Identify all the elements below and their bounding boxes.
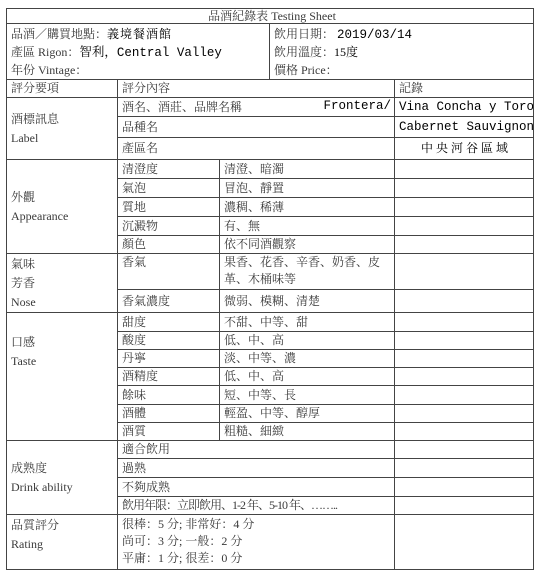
tasting-sheet: 品酒紀錄表 Testing Sheet 品酒／購買地點：義境餐酒館 產區 Rig… [6, 8, 533, 572]
winery-value[interactable]: Frontera/ [323, 98, 391, 115]
item-options: 低、中、高 [220, 332, 395, 350]
item-name: 質地 [118, 198, 220, 217]
item-name: 氣泡 [118, 179, 220, 198]
label-row-name: 酒名、酒莊、品牌名稱 Frontera/ [118, 98, 395, 117]
item-name: 酒質 [118, 423, 220, 441]
section-taste: 口感 Taste [7, 313, 118, 441]
info-right: 飲用日期： 2019/03/14 飲用溫度：15度 價格 Price： [270, 24, 534, 80]
record-cell[interactable] [395, 160, 534, 179]
section-rating: 品質評分 Rating [7, 515, 118, 570]
rating-line-1: 很棒：5 分; 非常好：4 分 [122, 516, 394, 533]
price-line: 價格 Price： [274, 61, 533, 79]
record-cell[interactable] [395, 236, 534, 254]
header-item: 評分要項 [7, 80, 118, 98]
item-name: 飲用年限：立即飲用、1-2 年、5-10 年、…….. [118, 497, 395, 515]
table-row: 口感 Taste 甜度 不甜、中等、甜 [7, 313, 534, 332]
section-drink: 成熟度 Drink ability [7, 441, 118, 515]
record-cell[interactable] [395, 198, 534, 217]
record-cell[interactable] [395, 459, 534, 478]
item-name: 顏色 [118, 236, 220, 254]
section-label: 酒標訊息 Label [7, 98, 118, 160]
rating-scale: 很棒：5 分; 非常好：4 分 尚可：3 分; 一般：2 分 平庸：1 分; 很… [118, 515, 395, 570]
item-options: 濃稠、稀薄 [220, 198, 395, 217]
record-cell[interactable] [395, 313, 534, 332]
record-cell[interactable]: Vina Concha y Toro [395, 98, 534, 117]
label-item-name: 產區名 [118, 138, 395, 160]
item-name: 適合飲用 [118, 441, 395, 459]
header-content: 評分內容 [118, 80, 395, 98]
record-cell[interactable] [395, 179, 534, 198]
item-name: 酸度 [118, 332, 220, 350]
item-options: 粗糙、細緻 [220, 423, 395, 441]
item-name: 甜度 [118, 313, 220, 332]
table-row: 成熟度 Drink ability 適合飲用 [7, 441, 534, 459]
section-label-en: Label [11, 129, 117, 148]
date-label: 飲用日期： [274, 27, 334, 41]
section-appearance-en: Appearance [11, 207, 117, 226]
sheet-title: 品酒紀錄表 Testing Sheet [7, 9, 534, 24]
region-value[interactable]: 智利，Central Valley [79, 46, 222, 60]
record-cell[interactable] [395, 254, 534, 290]
purchase-value[interactable]: 義境餐酒館 [107, 27, 172, 41]
item-options-line1: 果香、花香、辛香、奶香、皮 [224, 254, 394, 271]
item-options: 不甜、中等、甜 [220, 313, 395, 332]
item-name: 香氣濃度 [118, 290, 220, 313]
record-cell[interactable] [395, 405, 534, 423]
item-name: 酒體 [118, 405, 220, 423]
table-row: 品質評分 Rating 很棒：5 分; 非常好：4 分 尚可：3 分; 一般：2… [7, 515, 534, 570]
section-rating-en: Rating [11, 535, 117, 554]
tasting-table: 品酒紀錄表 Testing Sheet 品酒／購買地點：義境餐酒館 產區 Rig… [6, 8, 534, 570]
header-record: 記錄 [395, 80, 534, 98]
table-row: 氣味 芳香 Nose 香氣 果香、花香、辛香、奶香、皮 革、木桶味等 [7, 254, 534, 290]
date-value[interactable]: 2019/03/14 [337, 28, 412, 42]
vintage-line: 年份 Vintage： [11, 61, 269, 79]
record-cell[interactable]: Cabernet Sauvignon [395, 117, 534, 138]
item-options: 清澄、暗濁 [220, 160, 395, 179]
table-row: 酒標訊息 Label 酒名、酒莊、品牌名稱 Frontera/ Vina Con… [7, 98, 534, 117]
item-options: 冒泡、靜置 [220, 179, 395, 198]
rating-line-3: 平庸：1 分; 很差：0 分 [122, 550, 394, 567]
item-options: 有、無 [220, 217, 395, 236]
section-drink-zh: 成熟度 [11, 459, 117, 478]
item-name: 丹寧 [118, 350, 220, 368]
region-line: 產區 Rigon：智利，Central Valley [11, 43, 269, 61]
record-cell[interactable] [395, 368, 534, 386]
item-options: 低、中、高 [220, 368, 395, 386]
label-item-name: 酒名、酒莊、品牌名稱 [122, 100, 242, 114]
item-name: 餘味 [118, 386, 220, 405]
temp-value[interactable]: 15度 [334, 45, 358, 59]
item-options: 果香、花香、辛香、奶香、皮 革、木桶味等 [220, 254, 395, 290]
section-taste-en: Taste [11, 352, 117, 371]
record-cell[interactable] [395, 515, 534, 570]
section-appearance-zh: 外觀 [11, 188, 117, 207]
purchase-label: 品酒／購買地點： [11, 27, 107, 41]
section-rating-zh: 品質評分 [11, 516, 117, 535]
temp-label: 飲用溫度： [274, 45, 334, 59]
section-drink-en: Drink ability [11, 478, 117, 497]
price-label: 價格 Price： [274, 63, 338, 77]
label-item-name: 品種名 [118, 117, 395, 138]
info-left: 品酒／購買地點：義境餐酒館 產區 Rigon：智利，Central Valley… [7, 24, 270, 80]
record-cell[interactable] [395, 441, 534, 459]
section-nose-zh2: 芳香 [11, 274, 117, 293]
section-nose-en: Nose [11, 293, 117, 312]
date-line: 飲用日期： 2019/03/14 [274, 25, 533, 43]
section-appearance: 外觀 Appearance [7, 160, 118, 254]
item-name: 沉澱物 [118, 217, 220, 236]
record-cell[interactable] [395, 478, 534, 497]
vintage-label: 年份 Vintage： [11, 63, 87, 77]
item-options: 短、中等、長 [220, 386, 395, 405]
record-cell[interactable] [395, 497, 534, 515]
item-options: 淡、中等、濃 [220, 350, 395, 368]
record-cell[interactable] [395, 290, 534, 313]
record-cell[interactable] [395, 386, 534, 405]
region-label: 產區 Rigon： [11, 45, 79, 59]
table-row: 外觀 Appearance 清澄度 清澄、暗濁 [7, 160, 534, 179]
item-options: 微弱、模糊、清楚 [220, 290, 395, 313]
record-cell[interactable]: 中央河谷區域 [395, 138, 534, 160]
item-name: 香氣 [118, 254, 220, 290]
section-label-zh: 酒標訊息 [11, 110, 117, 129]
rating-line-2: 尚可：3 分; 一般：2 分 [122, 533, 394, 550]
item-options: 輕盈、中等、醇厚 [220, 405, 395, 423]
section-nose: 氣味 芳香 Nose [7, 254, 118, 313]
item-options-line2: 革、木桶味等 [224, 271, 394, 288]
item-name: 過熟 [118, 459, 395, 478]
record-cell[interactable] [395, 217, 534, 236]
section-nose-zh1: 氣味 [11, 255, 117, 274]
purchase-line: 品酒／購買地點：義境餐酒館 [11, 25, 269, 43]
item-options: 依不同酒觀察 [220, 236, 395, 254]
temp-line: 飲用溫度：15度 [274, 43, 533, 61]
record-cell[interactable] [395, 423, 534, 441]
section-taste-zh: 口感 [11, 333, 117, 352]
item-name: 不夠成熟 [118, 478, 395, 497]
item-name: 清澄度 [118, 160, 220, 179]
item-name: 酒精度 [118, 368, 220, 386]
record-cell[interactable] [395, 350, 534, 368]
record-cell[interactable] [395, 332, 534, 350]
